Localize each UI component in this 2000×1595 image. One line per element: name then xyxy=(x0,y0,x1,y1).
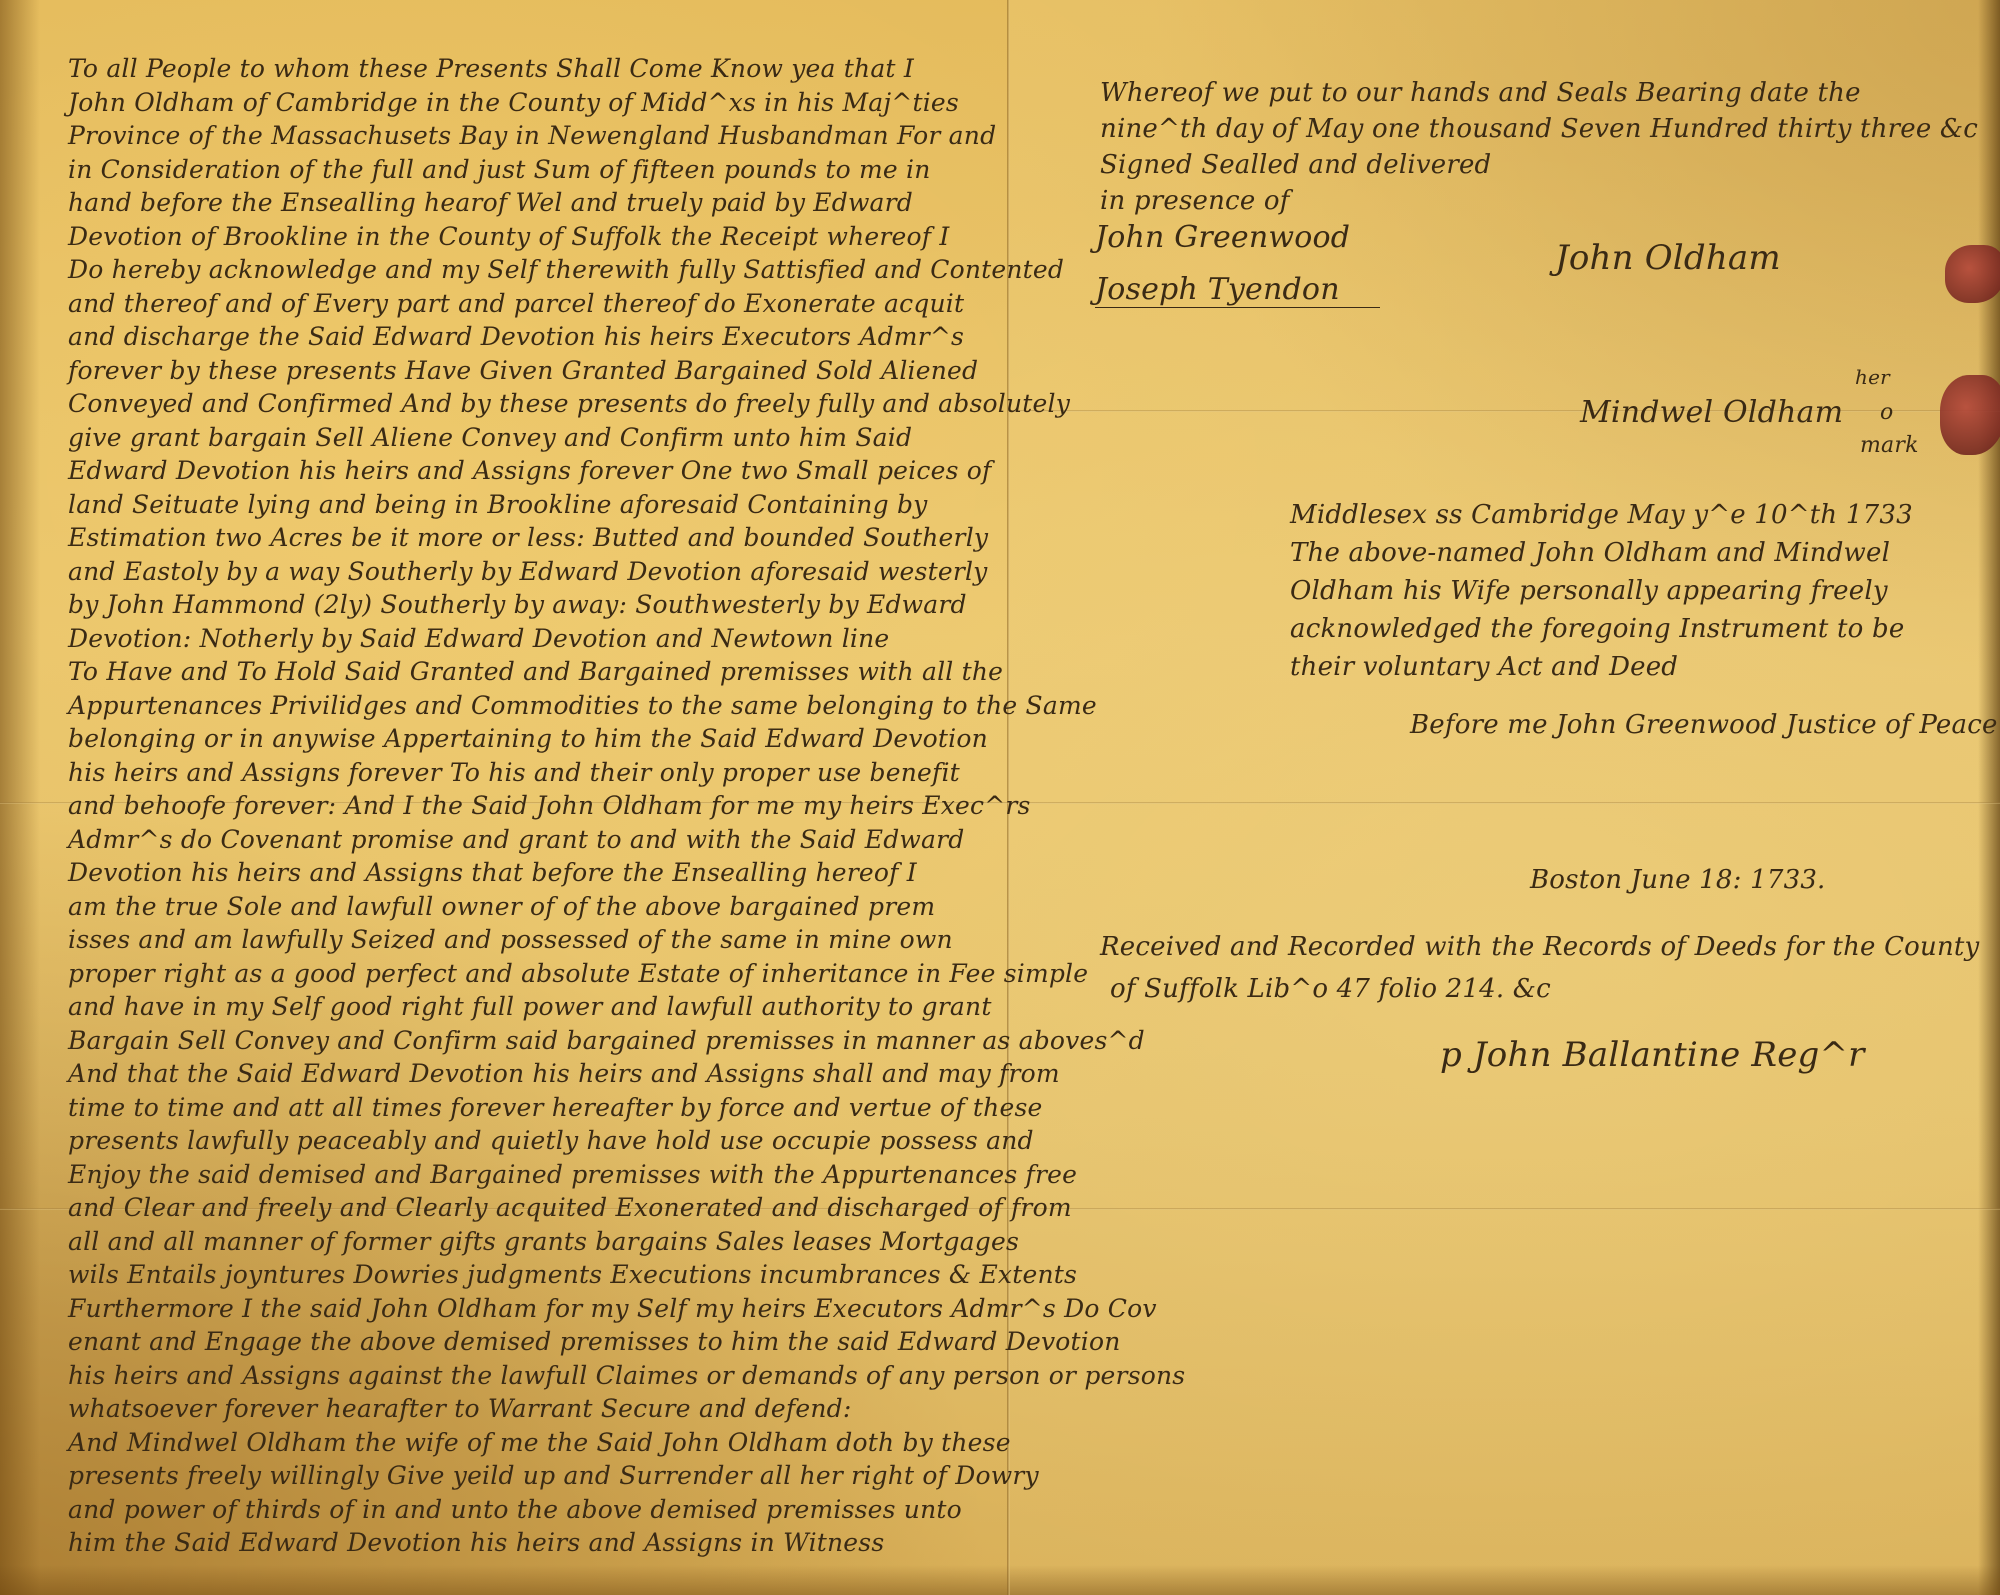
deed-line: and discharge the Said Edward Devotion h… xyxy=(68,323,964,351)
deed-line: forever by these presents Have Given Gra… xyxy=(68,357,978,385)
mark-her-label: her xyxy=(1855,365,1890,389)
deed-line: am the true Sole and lawfull owner of of… xyxy=(68,893,935,921)
closing-line: nine^th day of May one thousand Seven Hu… xyxy=(1100,114,1978,144)
deed-line: and Clear and freely and Clearly acquite… xyxy=(68,1194,1072,1222)
deed-line: by John Hammond (2ly) Southerly by away:… xyxy=(68,591,967,619)
closing-line: Signed Sealled and delivered xyxy=(1100,150,1491,180)
recording-line: of Suffolk Lib^o 47 folio 214. &c xyxy=(1110,974,1551,1004)
deed-line: And that the Said Edward Devotion his he… xyxy=(68,1060,1060,1088)
deed-line: presents lawfully peaceably and quietly … xyxy=(68,1127,1034,1155)
deed-line: Furthermore I the said John Oldham for m… xyxy=(68,1295,1157,1323)
deed-line: and thereof and of Every part and parcel… xyxy=(68,290,964,318)
deed-line: And Mindwel Oldham the wife of me the Sa… xyxy=(68,1429,1011,1457)
deed-line: proper right as a good perfect and absol… xyxy=(68,960,1088,988)
deed-line: land Seituate lying and being in Brookli… xyxy=(68,491,927,519)
deed-line: hand before the Ensealling hearof Wel an… xyxy=(68,189,913,217)
deed-line: him the Said Edward Devotion his heirs a… xyxy=(68,1529,884,1557)
grantor-signature: John Oldham xyxy=(1555,238,1781,278)
deed-document: To all People to whom these Presents Sha… xyxy=(0,0,2000,1595)
deed-line: Estimation two Acres be it more or less:… xyxy=(68,524,988,552)
deed-line: all and all manner of former gifts grant… xyxy=(68,1228,1019,1256)
acknowledgment-line: their voluntary Act and Deed xyxy=(1290,652,1678,682)
deed-line: Appurtenances Privilidges and Commoditie… xyxy=(68,692,1097,720)
witness-signature: Joseph Tyendon xyxy=(1095,272,1380,308)
right-edge-shadow xyxy=(1978,0,2000,1595)
deed-line: Province of the Massachusets Bay in Newe… xyxy=(68,122,996,150)
deed-line: his heirs and Assigns against the lawful… xyxy=(68,1362,1185,1390)
mark-label: mark xyxy=(1860,433,1919,458)
horizontal-fold-line xyxy=(1010,410,2000,412)
deed-line: and have in my Self good right full powe… xyxy=(68,993,992,1021)
deed-line: give grant bargain Sell Aliene Convey an… xyxy=(68,424,912,452)
deed-line: Devotion his heirs and Assigns that befo… xyxy=(68,859,917,887)
wife-signature: Mindwel Oldham xyxy=(1580,395,1843,430)
deed-line: and power of thirds of in and unto the a… xyxy=(68,1496,962,1524)
recording-line: Received and Recorded with the Records o… xyxy=(1100,932,1979,962)
registrar-signature: p John Ballantine Reg^r xyxy=(1440,1035,1865,1075)
acknowledgment-line: Oldham his Wife personally appearing fre… xyxy=(1290,576,1888,606)
deed-line: isses and am lawfully Seized and possess… xyxy=(68,926,953,954)
deed-line: Conveyed and Confirmed And by these pres… xyxy=(68,390,1070,418)
deed-line: Do hereby acknowledge and my Self therew… xyxy=(68,256,1064,284)
deed-line: whatsoever forever hearafter to Warrant … xyxy=(68,1395,851,1423)
wax-seal xyxy=(1945,245,2000,303)
deed-line: belonging or in anywise Appertaining to … xyxy=(68,725,988,753)
bottom-edge-stain xyxy=(0,1565,2000,1595)
deed-line: Edward Devotion his heirs and Assigns fo… xyxy=(68,457,991,485)
deed-line: Enjoy the said demised and Bargained pre… xyxy=(68,1161,1077,1189)
acknowledgment-line: acknowledged the foregoing Instrument to… xyxy=(1290,614,1904,644)
closing-line: in presence of xyxy=(1100,186,1290,216)
acknowledgment-line: The above-named John Oldham and Mindwel xyxy=(1290,538,1890,568)
mark-symbol: o xyxy=(1880,400,1893,425)
deed-line: To all People to whom these Presents Sha… xyxy=(68,55,914,83)
deed-line: and behoofe forever: And I the Said John… xyxy=(68,792,1031,820)
deed-line: his heirs and Assigns forever To his and… xyxy=(68,759,960,787)
recording-date: Boston June 18: 1733. xyxy=(1530,865,1826,895)
deed-line: presents freely willingly Give yeild up … xyxy=(68,1462,1039,1490)
wax-seal xyxy=(1940,375,2000,455)
deed-line: time to time and att all times forever h… xyxy=(68,1094,1043,1122)
deed-line: Devotion of Brookline in the County of S… xyxy=(68,223,949,251)
deed-line: wils Entails joyntures Dowries judgments… xyxy=(68,1261,1077,1289)
deed-line: Admr^s do Covenant promise and grant to … xyxy=(68,826,965,854)
justice-attestation: Before me John Greenwood Justice of Peac… xyxy=(1410,710,1998,740)
deed-line: and Eastoly by a way Southerly by Edward… xyxy=(68,558,988,586)
left-edge-stain xyxy=(0,0,40,1595)
witness-signature: John Greenwood xyxy=(1095,220,1350,255)
deed-line: To Have and To Hold Said Granted and Bar… xyxy=(68,658,1003,686)
deed-line: Bargain Sell Convey and Confirm said bar… xyxy=(68,1027,1145,1055)
deed-line: John Oldham of Cambridge in the County o… xyxy=(68,89,959,117)
closing-line: Whereof we put to our hands and Seals Be… xyxy=(1100,78,1861,108)
deed-line: Devotion: Notherly by Said Edward Devoti… xyxy=(68,625,889,653)
acknowledgment-line: Middlesex ss Cambridge May y^e 10^th 173… xyxy=(1290,500,1913,530)
deed-line: in Consideration of the full and just Su… xyxy=(68,156,931,184)
deed-line: enant and Engage the above demised premi… xyxy=(68,1328,1121,1356)
